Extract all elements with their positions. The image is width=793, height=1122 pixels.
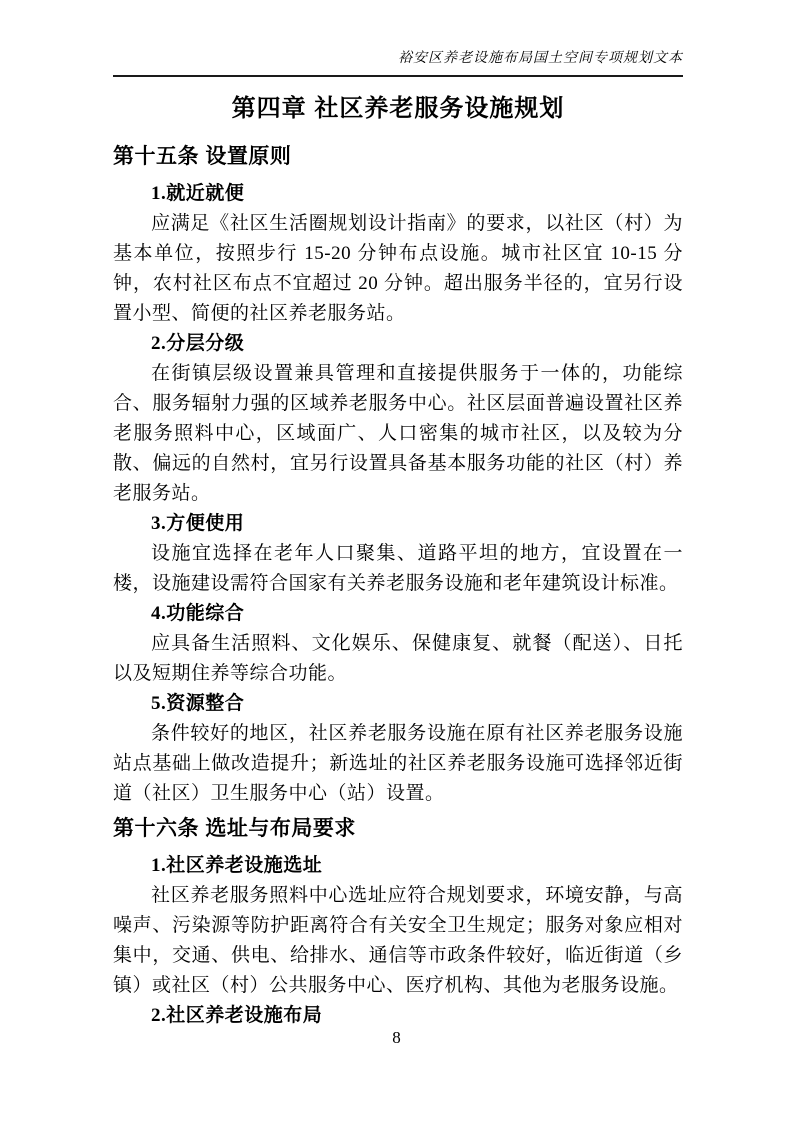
paragraph-resource-integration: 条件较好的地区，社区养老服务设施在原有社区养老服务设施站点基础上做改造提升；新选… [113,719,683,809]
paragraph-ease-of-use: 设施宜选择在老年人口聚集、道路平坦的地方，宜设置在一楼，设施建设需符合国家有关养… [113,539,683,599]
paragraph-tiered-levels: 在街镇层级设置兼具管理和直接提供服务于一体的，功能综合、服务辐射力强的区域养老服… [113,359,683,509]
paragraph-site-selection: 社区养老服务照料中心选址应符合规划要求，环境安静，与高噪声、污染源等防护距离符合… [113,881,683,1001]
article-heading-15: 第十五条 设置原则 [113,143,683,171]
subheading-ease-of-use: 3.方便使用 [113,509,683,539]
document-page: 裕安区养老设施布局国土空间专项规划文本 第四章 社区养老服务设施规划 第十五条 … [0,0,793,1122]
subheading-site-selection: 1.社区养老设施选址 [113,851,683,881]
running-header: 裕安区养老设施布局国土空间专项规划文本 [113,0,683,68]
subheading-resource-integration: 5.资源整合 [113,689,683,719]
chapter-title: 第四章 社区养老服务设施规划 [113,94,683,124]
paragraph-proximity: 应满足《社区生活圈规划设计指南》的要求，以社区（村）为基本单位，按照步行 15-… [113,209,683,329]
paragraph-comprehensive-functions: 应具备生活照料、文化娱乐、保健康复、就餐（配送）、日托以及短期住养等综合功能。 [113,629,683,689]
subheading-facility-layout: 2.社区养老设施布局 [113,1001,683,1031]
subheading-tiered-levels: 2.分层分级 [113,329,683,359]
header-rule [113,75,683,77]
subheading-comprehensive-functions: 4.功能综合 [113,599,683,629]
text-column: 裕安区养老设施布局国土空间专项规划文本 第四章 社区养老服务设施规划 第十五条 … [113,0,683,1031]
article-heading-16: 第十六条 选址与布局要求 [113,815,683,843]
page-number: 8 [0,1028,793,1048]
subheading-proximity: 1.就近就便 [113,179,683,209]
